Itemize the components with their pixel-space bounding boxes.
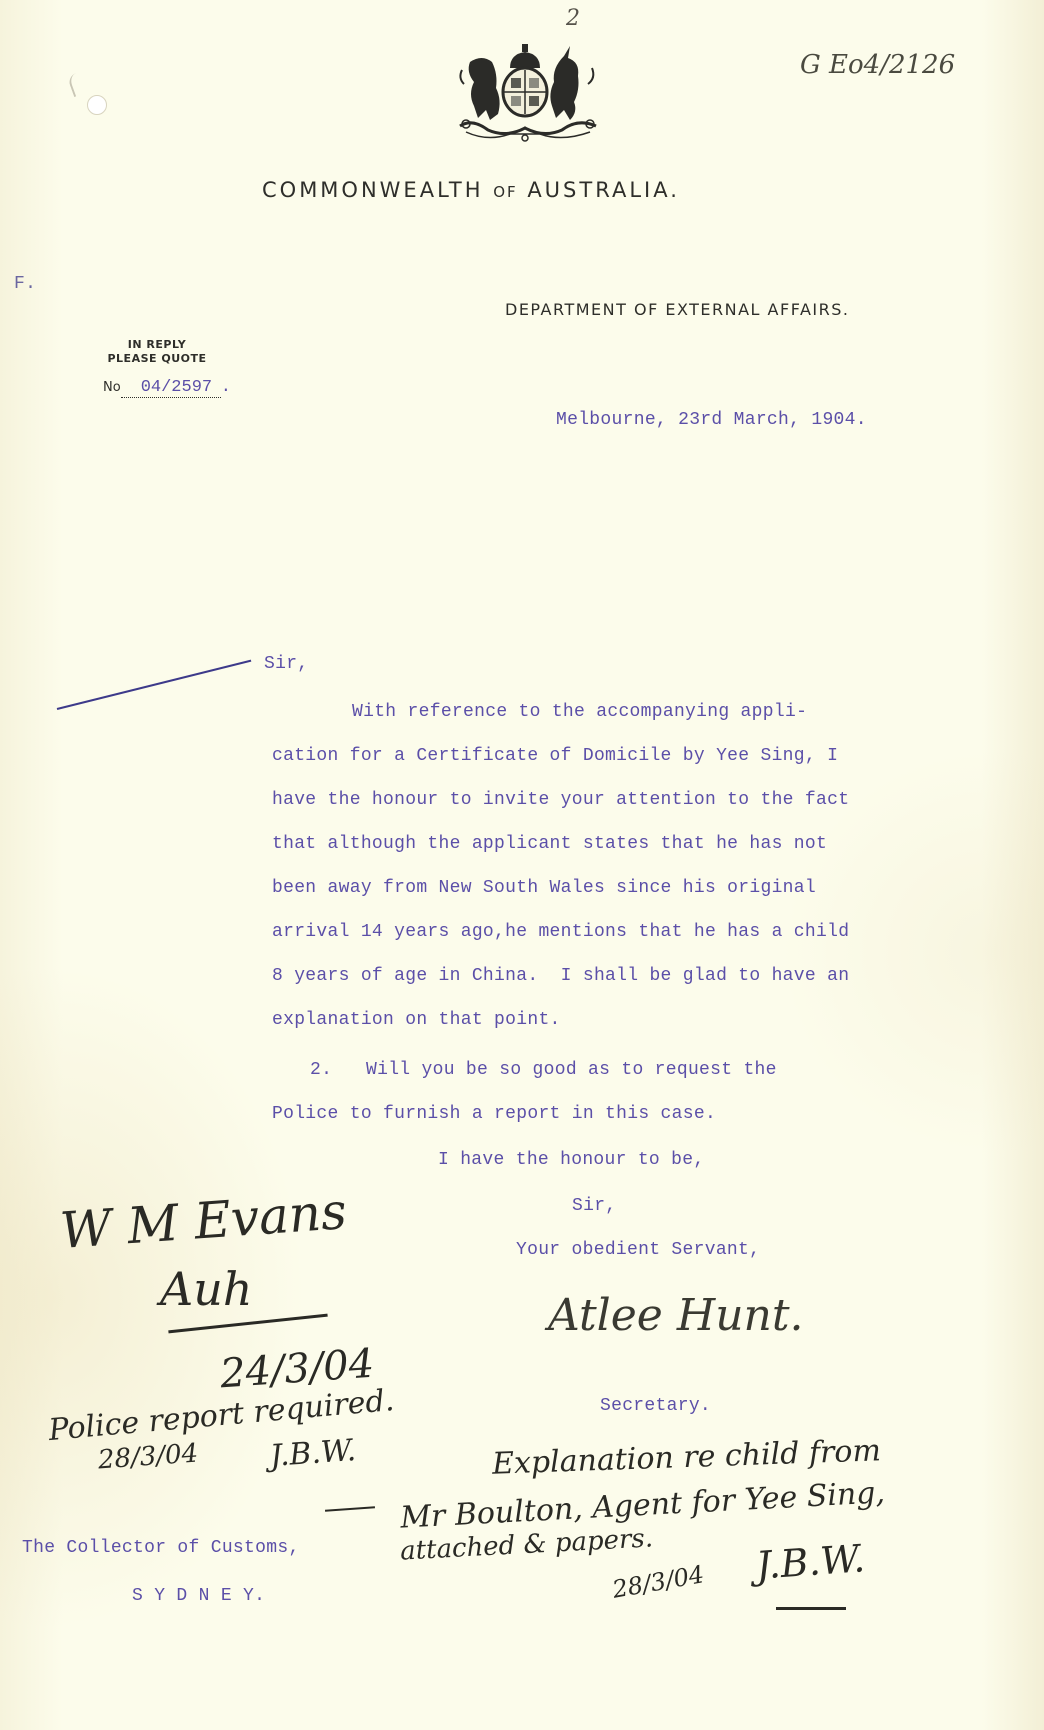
no-label: No (103, 380, 121, 395)
reference-number-field: 04/2597 (121, 378, 221, 398)
body-line-6: arrival 14 years ago,he mentions that he… (272, 922, 849, 942)
explanation-note-initials: J.B.W. (755, 1536, 867, 1587)
secretary-signature: Atlee Hunt. (548, 1290, 804, 1341)
body-line-7: 8 years of age in China. I shall be glad… (272, 966, 849, 986)
punch-hole (87, 95, 107, 115)
in-reply-label: IN REPLY PLEASE QUOTE (102, 338, 212, 366)
reference-number-line: No04/2597. (103, 378, 231, 398)
dateline: Melbourne, 23rd March, 1904. (556, 410, 867, 430)
in-reply-line2: PLEASE QUOTE (102, 352, 212, 366)
body-line-3: have the honour to invite your attention… (272, 790, 849, 810)
salutation: Sir, (264, 654, 308, 674)
addressee-line-1: The Collector of Customs, (22, 1538, 300, 1558)
initials-underline-right (776, 1607, 846, 1610)
paragraph-2-number: 2. (310, 1060, 332, 1080)
body-line-5: been away from New South Wales since his… (272, 878, 816, 898)
royal-coat-of-arms-icon (452, 40, 604, 144)
archive-reference: G Eo4/2126 (800, 50, 955, 80)
body-line-1: With reference to the accompanying appli… (352, 702, 807, 722)
addressee-line-2: S Y D N E Y. (132, 1586, 265, 1606)
reference-number-period: . (221, 378, 231, 397)
department-heading: DEPARTMENT OF EXTERNAL AFFAIRS. (505, 300, 849, 319)
title-commonwealth: COMMONWEALTH (262, 178, 484, 202)
paragraph-2-line-2: Police to furnish a report in this case. (272, 1104, 716, 1124)
title-australia: AUSTRALIA. (527, 178, 680, 202)
police-note-initials: J.B.W. (269, 1433, 357, 1474)
closing-line-3: Your obedient Servant, (516, 1240, 760, 1260)
letter-code: F. (14, 274, 36, 294)
paragraph-2-line-1: Will you be so good as to request the (366, 1060, 777, 1080)
closing-line-1: I have the honour to be, (438, 1150, 704, 1170)
signatory-title: Secretary. (600, 1396, 711, 1416)
title-of: OF (493, 183, 517, 201)
letterhead-title: COMMONWEALTH OF AUSTRALIA. (262, 178, 680, 202)
closing-line-2: Sir, (572, 1196, 616, 1216)
body-line-4: that although the applicant states that … (272, 834, 827, 854)
in-reply-line1: IN REPLY (102, 338, 212, 352)
body-line-2: cation for a Certificate of Domicile by … (272, 746, 838, 766)
page-number-annotation: 2 (566, 6, 580, 31)
handwritten-signature-auh: Auh (160, 1262, 252, 1316)
body-line-8: explanation on that point. (272, 1010, 561, 1030)
reference-number: 04/2597 (121, 378, 212, 397)
